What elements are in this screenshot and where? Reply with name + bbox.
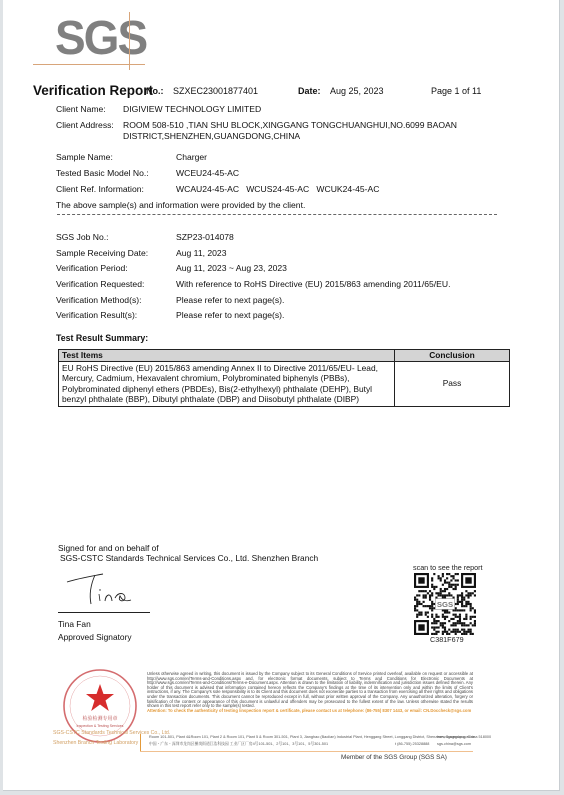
- receiving-value: Aug 11, 2023: [176, 248, 227, 259]
- legal-attention: Attention: To check the authenticity of …: [147, 709, 473, 714]
- summary-header-row: Test Items Conclusion: [59, 350, 510, 362]
- sample-note: The above sample(s) and information were…: [56, 200, 305, 211]
- sgs-logo: SGS: [33, 12, 145, 70]
- client-name-label: Client Name:: [56, 104, 106, 115]
- signed-line2: SGS-CSTC Standards Technical Services Co…: [58, 553, 318, 563]
- result-value: Please refer to next page(s).: [176, 310, 284, 321]
- signer-name: Tina Fan: [58, 618, 132, 631]
- client-address-line2: DISTRICT,SHENZHEN,GUANGDONG,CHINA: [123, 131, 300, 142]
- svg-text:检验检测专用章: 检验检测专用章: [82, 715, 117, 722]
- footer-accent-rule: [140, 734, 141, 752]
- requested-label: Verification Requested:: [56, 279, 144, 290]
- receiving-label: Sample Receiving Date:: [56, 248, 148, 259]
- email[interactable]: sgs.china@sgs.com: [437, 742, 471, 746]
- page-indicator: Page 1 of 11: [431, 86, 481, 96]
- svg-text:Inspection & Testing Services: Inspection & Testing Services: [77, 724, 124, 728]
- sample-name-value: Charger: [176, 152, 207, 163]
- footer-rule: [140, 751, 473, 752]
- signature-line: [58, 612, 150, 613]
- col-test-items: Test Items: [59, 350, 395, 362]
- report-date-value: Aug 25, 2023: [330, 86, 384, 96]
- signed-line1: Signed for and on behalf of: [58, 543, 318, 553]
- summary-title: Test Result Summary:: [56, 333, 148, 343]
- company-seal-stamp: 检验检测专用章 Inspection & Testing Services: [60, 668, 140, 748]
- report-page: SGS Verification Report No.: SZXEC230018…: [3, 0, 560, 791]
- client-name-value: DIGIVIEW TECHNOLOGY LIMITED: [123, 104, 261, 115]
- period-label: Verification Period:: [56, 263, 128, 274]
- conclusion-cell: Pass: [395, 361, 510, 406]
- report-no-label: No.:: [146, 86, 164, 96]
- qr-caption: scan to see the report: [413, 563, 483, 572]
- report-no-value: SZXEC23001877401: [173, 86, 258, 96]
- section-divider: [57, 214, 497, 215]
- summary-table: Test Items Conclusion EU RoHS Directive …: [58, 349, 510, 407]
- signer-role: Approved Signatory: [58, 631, 132, 644]
- legal-body: Unless otherwise agreed in writing, this…: [147, 671, 473, 708]
- result-label: Verification Result(s):: [56, 310, 137, 321]
- table-row: EU RoHS Directive (EU) 2015/863 amending…: [59, 361, 510, 406]
- client-address-label: Client Address:: [56, 120, 114, 131]
- requested-value: With reference to RoHS Directive (EU) 20…: [176, 279, 451, 290]
- website[interactable]: www.sgsgroup.com.cn: [437, 735, 475, 739]
- qr-code[interactable]: SGS: [414, 573, 476, 635]
- address-cn: 中国・广东・深圳市龙岗区横岗街道江浩科技园 工业厂区厂房4号101-501、2号…: [149, 742, 328, 747]
- job-label: SGS Job No.:: [56, 232, 109, 243]
- report-date-label: Date:: [298, 86, 321, 96]
- signer: Tina Fan Approved Signatory: [58, 618, 132, 644]
- svg-text:SGS: SGS: [437, 600, 453, 609]
- report-header: Verification Report No.: SZXEC2300187740…: [3, 83, 559, 99]
- logo-rule-vertical: [129, 12, 130, 70]
- sgs-membership: Member of the SGS Group (SGS SA): [341, 754, 447, 761]
- client-ref-label: Client Ref. Information:: [56, 184, 144, 195]
- method-label: Verification Method(s):: [56, 295, 142, 306]
- client-address-line1: ROOM 508-510 ,TIAN SHU BLOCK,XINGGANG TO…: [123, 120, 457, 131]
- model-value: WCEU24-45-AC: [176, 168, 239, 179]
- stamp-line2: Shenzhen Branch Testing Laboratory: [53, 740, 138, 746]
- phone: t (86-755) 25328888: [395, 742, 429, 746]
- sgs-logo-text: SGS: [55, 9, 146, 66]
- period-value: Aug 11, 2023 ~ Aug 23, 2023: [176, 263, 287, 274]
- handwritten-signature: [65, 570, 155, 610]
- report-title: Verification Report: [33, 83, 153, 98]
- job-value: SZP23-014078: [176, 232, 234, 243]
- sample-name-label: Sample Name:: [56, 152, 113, 163]
- signed-on-behalf: Signed for and on behalf of SGS-CSTC Sta…: [58, 543, 318, 563]
- model-label: Tested Basic Model No.:: [56, 168, 149, 179]
- col-conclusion: Conclusion: [395, 350, 510, 362]
- method-value: Please refer to next page(s).: [176, 295, 284, 306]
- client-ref-value: WCAU24-45-AC WCUS24-45-AC WCUK24-45-AC: [176, 184, 379, 195]
- legal-disclaimer: Unless otherwise agreed in writing, this…: [147, 672, 473, 713]
- qr-code-id: C381F679: [430, 635, 464, 644]
- test-item-cell: EU RoHS Directive (EU) 2015/863 amending…: [59, 361, 395, 406]
